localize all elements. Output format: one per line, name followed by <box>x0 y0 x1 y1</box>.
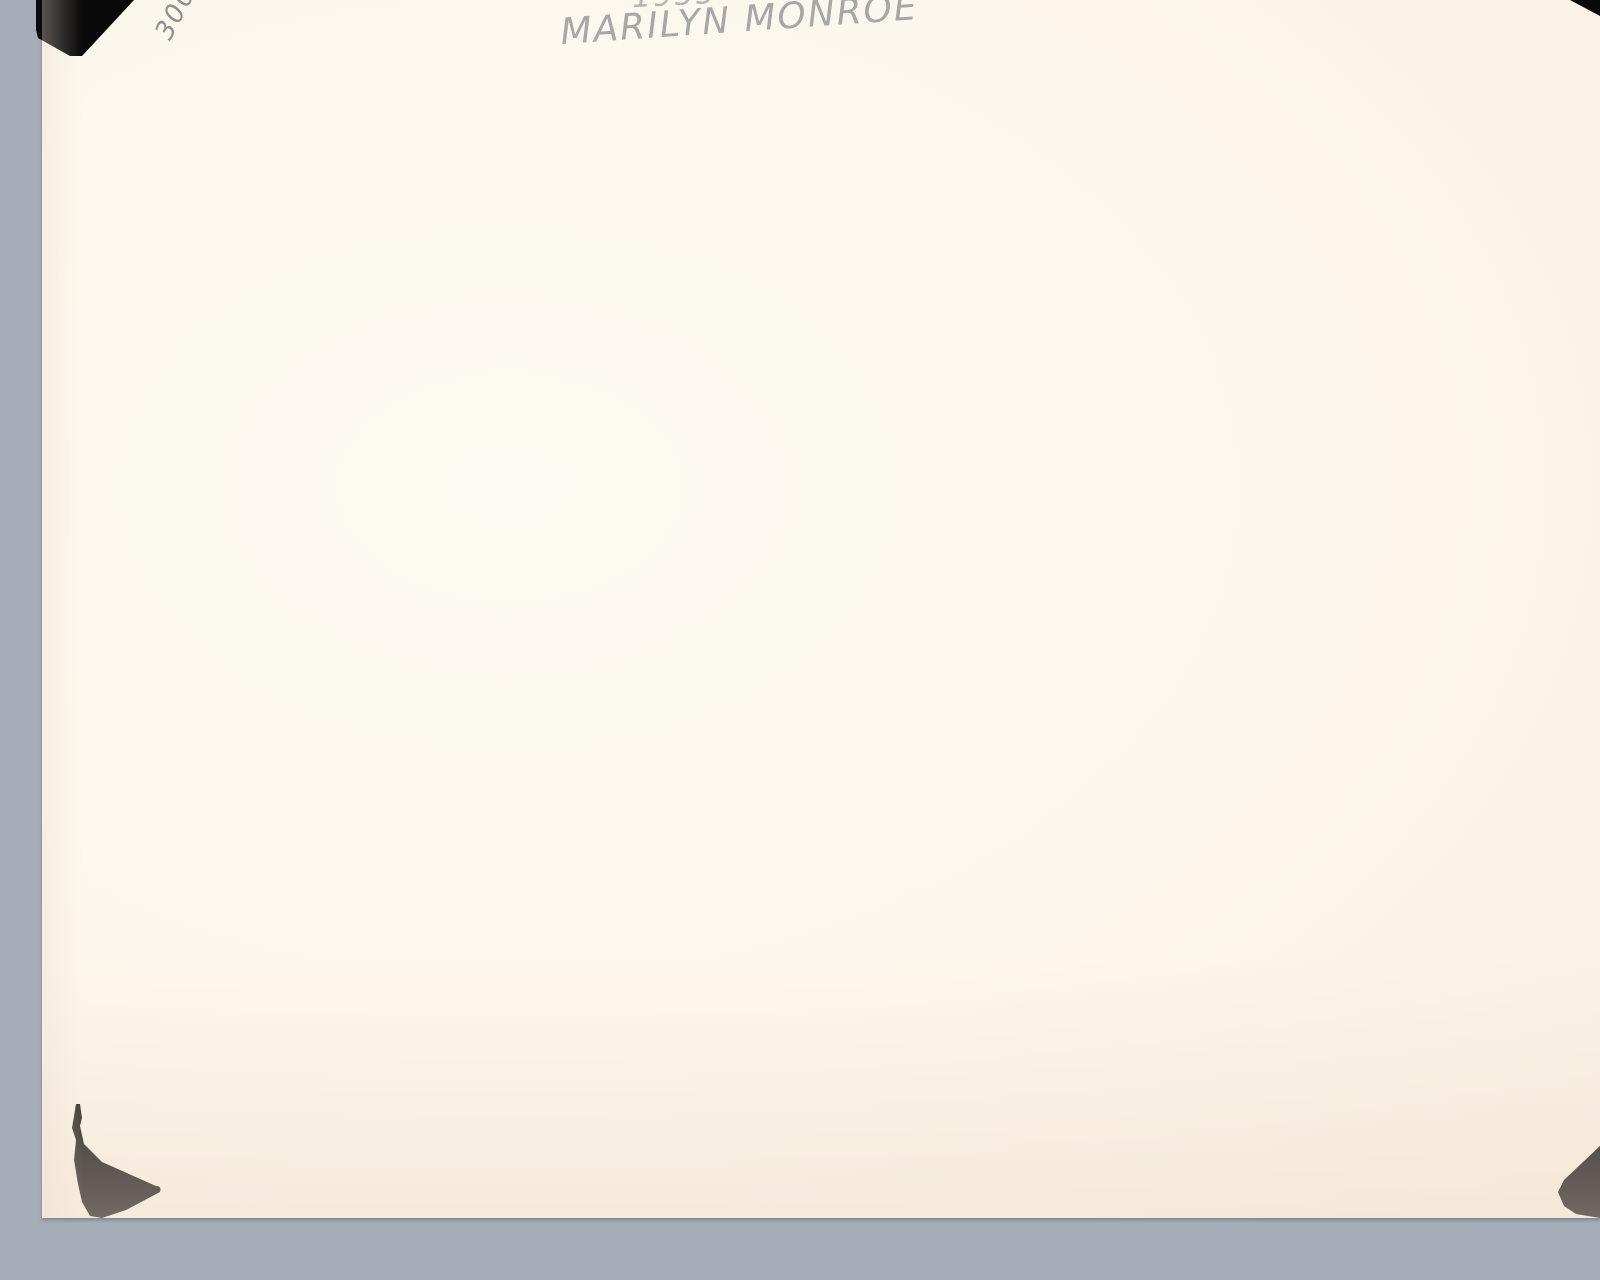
photo-corner-icon-top-right <box>1570 0 1600 16</box>
photo-corner-icon-top-left <box>36 0 136 62</box>
subject-name-annotation: MARILYN MONROE <box>559 0 920 53</box>
inventory-number: 300 <box>150 0 203 45</box>
photo-corner-icon-bottom-left <box>66 1100 166 1220</box>
photo-corner-icon-bottom-right <box>1556 1146 1600 1218</box>
photo-back-paper: 300 1955 MARILYN MONROE <box>42 0 1600 1218</box>
